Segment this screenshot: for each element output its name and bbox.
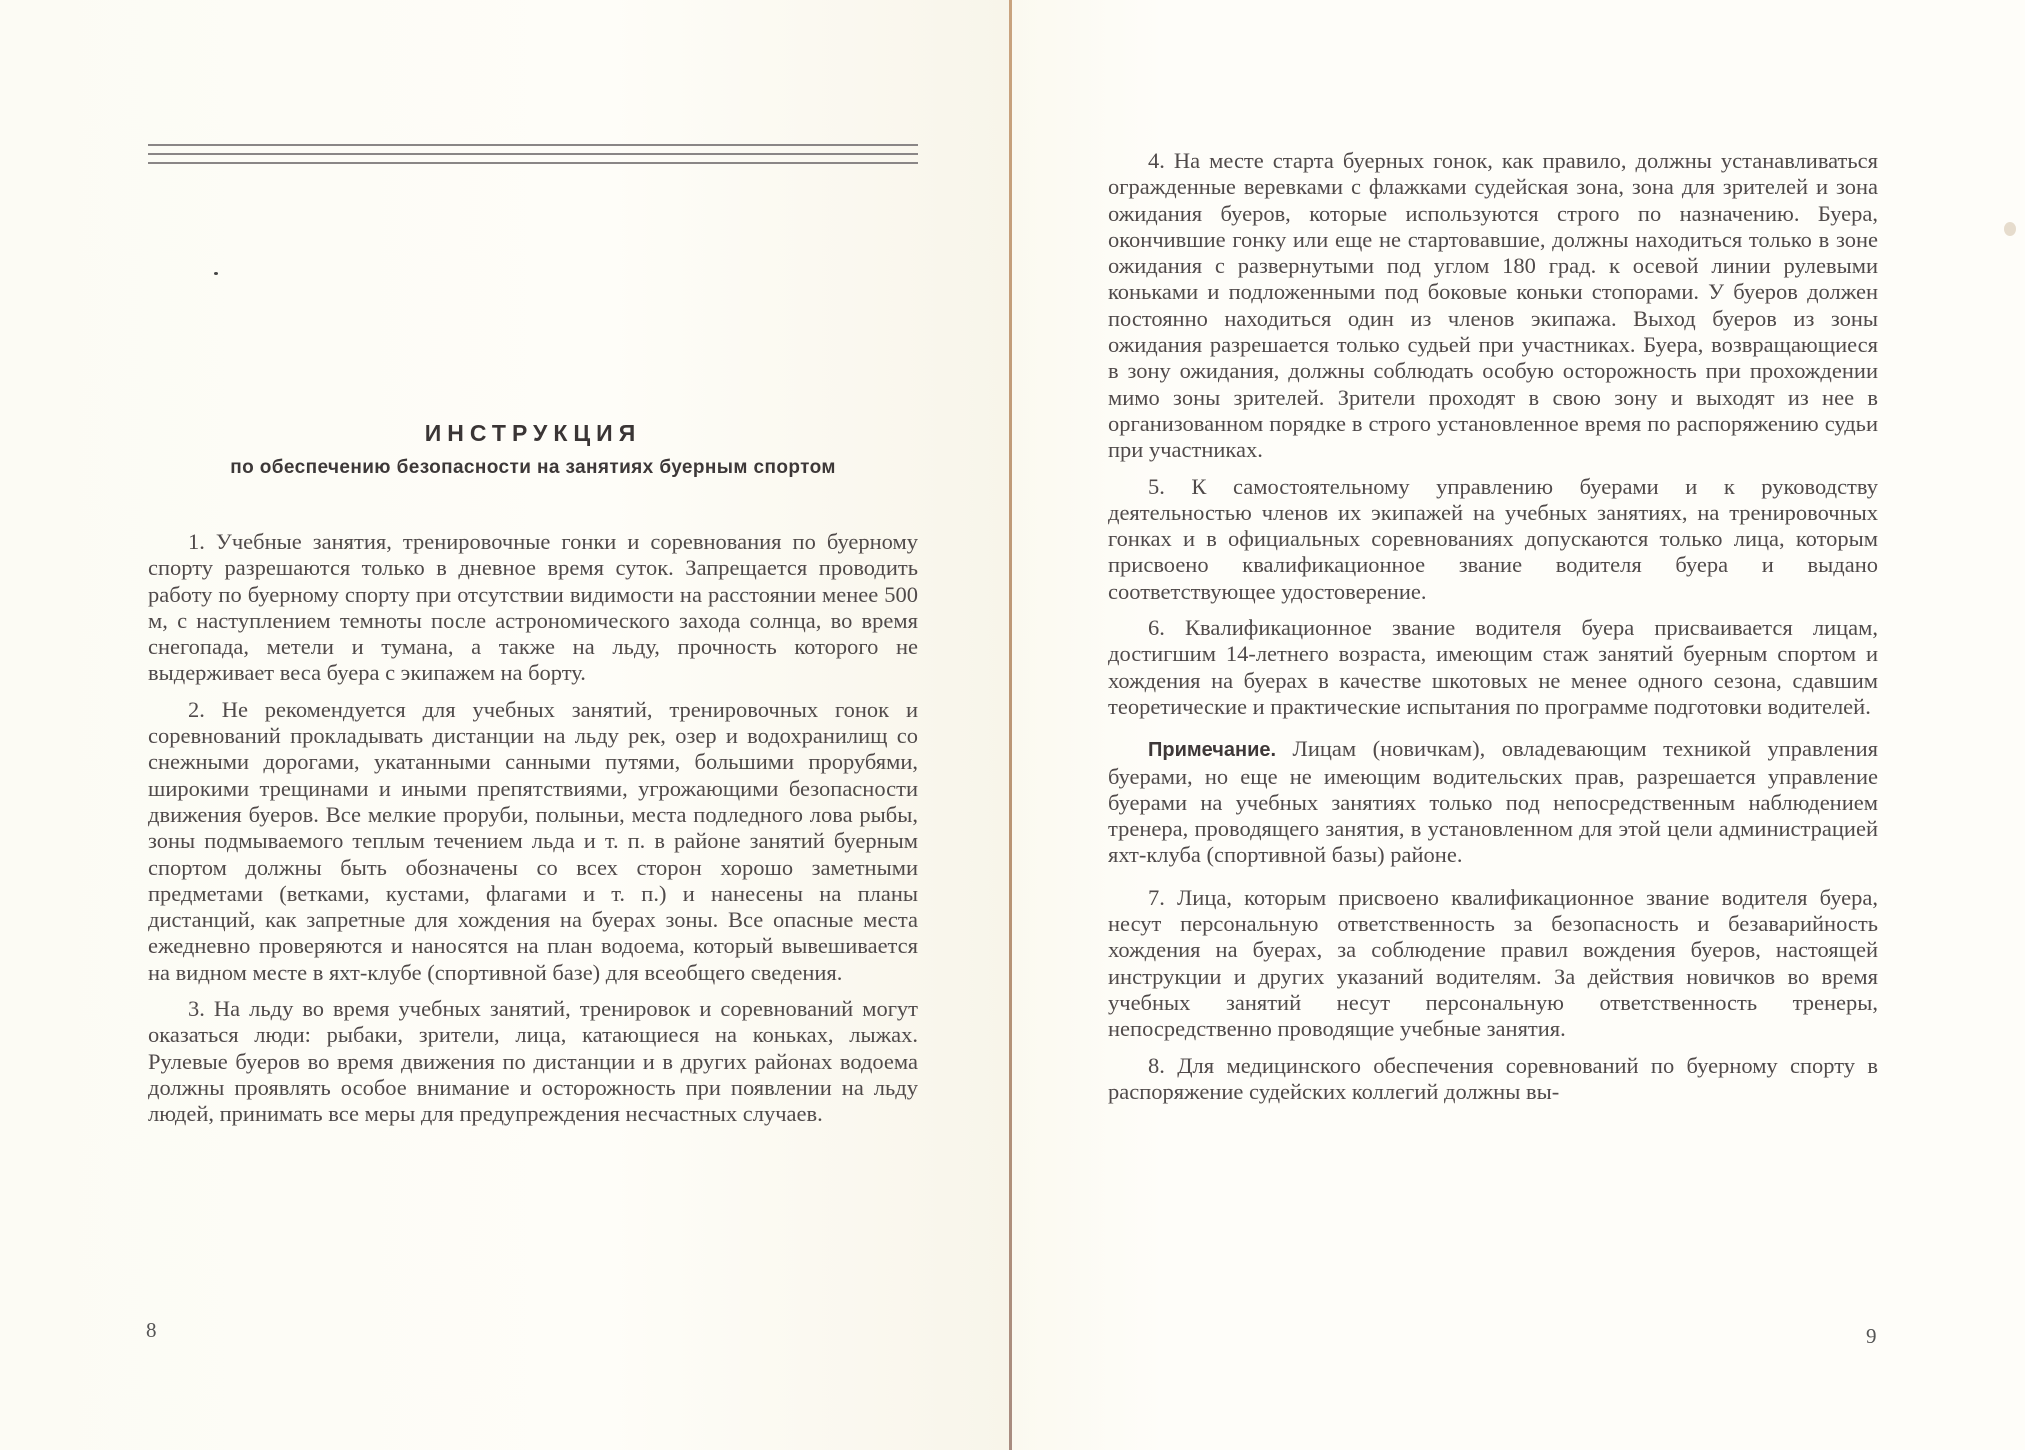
- paper-speck: [2004, 222, 2016, 236]
- document-subtitle: по обеспечению безопасности на занятиях …: [148, 457, 918, 479]
- paragraph-2: 2. Не рекомендуется для учебных занятий,…: [148, 697, 918, 986]
- paragraph-4: 4. На месте старта буерных гонок, как пр…: [1108, 148, 1878, 464]
- right-page-text: 4. На месте старта буерных гонок, как пр…: [1108, 148, 1878, 1115]
- note-label: Примечание.: [1148, 739, 1276, 761]
- title-block: ИНСТРУКЦИЯ по обеспечению безопасности н…: [148, 420, 918, 479]
- paragraph-8: 8. Для медицинского обеспечения соревнов…: [1108, 1053, 1878, 1106]
- left-page-text: 1. Учебные занятия, тренировочные гонки …: [148, 529, 918, 1138]
- paragraph-1: 1. Учебные занятия, тренировочные гонки …: [148, 529, 918, 687]
- page-number-right: 9: [1866, 1324, 1877, 1349]
- paper-speck: [214, 272, 218, 275]
- paragraph-6: 6. Квалификационное звание водителя буер…: [1108, 615, 1878, 720]
- header-rules: [148, 144, 918, 164]
- book-spine-fold: [1009, 0, 1012, 1450]
- paragraph-3: 3. На льду во время учебных занятий, тре…: [148, 996, 918, 1127]
- paragraph-5: 5. К самостоятельному управлению буерами…: [1108, 474, 1878, 605]
- note-paragraph: Примечание. Лицам (новичкам), овладевающ…: [1108, 736, 1878, 868]
- document-title: ИНСТРУКЦИЯ: [148, 420, 918, 447]
- paragraph-7: 7. Лица, которым присвоено квалификацион…: [1108, 885, 1878, 1043]
- page-number-left: 8: [146, 1318, 157, 1343]
